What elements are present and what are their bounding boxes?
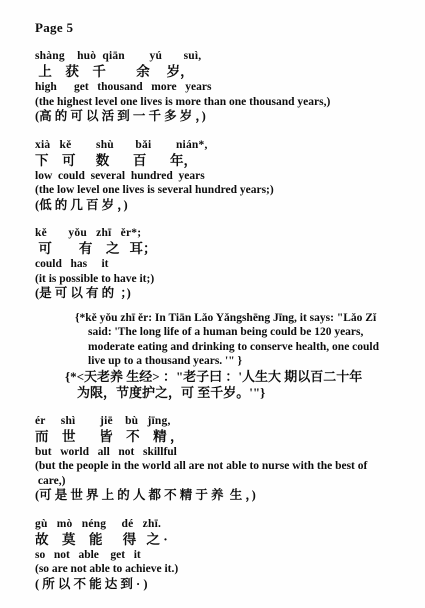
literal-gloss-line: low could several hundred years — [35, 169, 417, 184]
footnote-line: said: 'The long life of a human being co… — [88, 325, 417, 340]
pinyin-line: shàng huò qiān yú suì, — [35, 49, 417, 64]
footnote-line: moderate eating and drinking to conserve… — [88, 340, 417, 355]
hanzi-line: 可 有 之 耳； — [35, 241, 417, 257]
pinyin-line: ér shì jiē bù jīng, — [35, 414, 417, 429]
stanza-1: shàng huò qiān yú suì, 上 获 千 余 岁， high g… — [35, 49, 417, 125]
hanzi-line: 上 获 千 余 岁， — [35, 64, 417, 80]
stanza-2: xià kě shù bǎi nián*, 下 可 数 百 年， low cou… — [35, 138, 417, 214]
literal-gloss-line: high get thousand more years — [35, 80, 417, 95]
english-translation-line: (so are not able to achieve it.) — [35, 562, 417, 577]
chinese-translation-line: (可 是 世 界 上 的 人 都 不 精 于 养 生 ，) — [35, 488, 417, 504]
chinese-translation-line: ( 所 以 不 能 达 到 · ) — [35, 577, 417, 593]
stanza-5: gù mò néng dé zhī. 故 莫 能 得 之 · so not ab… — [35, 517, 417, 593]
literal-gloss-line: but world all not skillful — [35, 445, 417, 460]
pinyin-line: gù mò néng dé zhī. — [35, 517, 417, 532]
english-translation-line: (the highest level one lives is more tha… — [35, 95, 417, 110]
chinese-translation-line: (低 的 几 百 岁 ，) — [35, 198, 417, 214]
literal-gloss-line: could has it — [35, 257, 417, 272]
literal-gloss-line: so not able get it — [35, 548, 417, 563]
hanzi-line: 而 世 皆 不 精 ， — [35, 429, 417, 445]
footnote-block: {*kě yǒu zhī ěr: In Tiān Lǎo Yǎngshēng J… — [35, 311, 417, 401]
stanza-4: ér shì jiē bù jīng, 而 世 皆 不 精 ， but worl… — [35, 414, 417, 504]
pinyin-line: xià kě shù bǎi nián*, — [35, 138, 417, 153]
page-number-header: Page 5 — [35, 20, 417, 36]
footnote-line: live up to a thousand years. '" } — [88, 354, 417, 369]
footnote-line-chinese: 为限，节度护之，可 至千岁。'"} — [77, 385, 417, 401]
hanzi-line: 故 莫 能 得 之 · — [35, 532, 417, 548]
english-translation-line: (but the people in the world all are not… — [35, 459, 417, 474]
pinyin-line: kě yǒu zhī ěr*; — [35, 226, 417, 241]
english-translation-line-2: care,) — [35, 474, 417, 489]
footnote-line: {*kě yǒu zhī ěr: In Tiān Lǎo Yǎngshēng J… — [75, 311, 417, 326]
footnote-line-chinese: {*<天老养 生经> ："老子曰 ：'人生大 期以百二十年 — [65, 369, 417, 385]
stanza-3: kě yǒu zhī ěr*; 可 有 之 耳； could has it (i… — [35, 226, 417, 302]
chinese-translation-line: (高 的 可 以 活 到 一 千 多 岁 ，) — [35, 109, 417, 125]
english-translation-line: (it is possible to have it;) — [35, 272, 417, 287]
english-translation-line: (the low level one lives is several hund… — [35, 183, 417, 198]
hanzi-line: 下 可 数 百 年， — [35, 153, 417, 169]
scanned-book-page: Page 5 shàng huò qiān yú suì, 上 获 千 余 岁，… — [0, 0, 425, 608]
chinese-translation-line: (是 可 以 有 的 ；) — [35, 286, 417, 302]
